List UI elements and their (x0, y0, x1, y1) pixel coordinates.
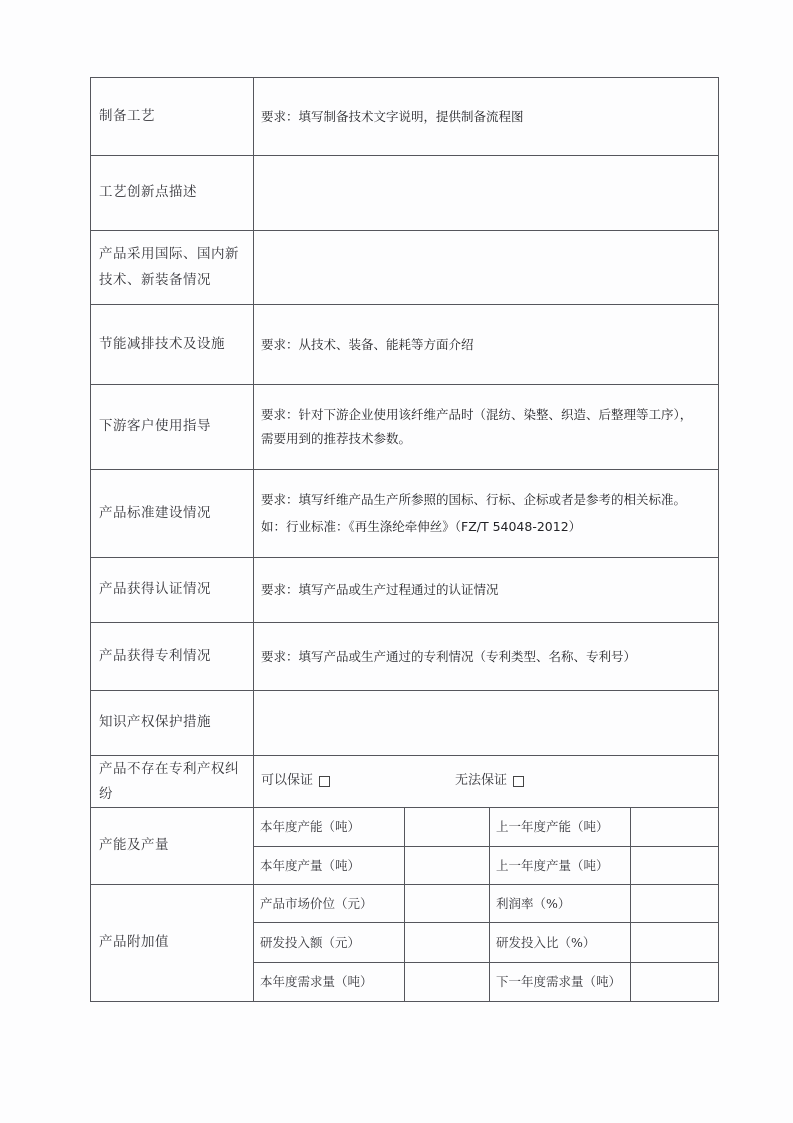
next-year-demand-label: 下一年度需求量（吨） (490, 963, 631, 1002)
requirement-text: 要求：填写纤维产品生产所参照的国标、行标、企标或者是参考的相关标准。 (261, 487, 714, 513)
process-innovation-field[interactable] (254, 156, 719, 231)
row-standards: 产品标准建设情况 要求：填写纤维产品生产所参照的国标、行标、企标或者是参考的相关… (91, 470, 719, 558)
rd-ratio-input[interactable] (631, 923, 719, 963)
product-info-form: 制备工艺 要求：填写制备技术文字说明，提供制备流程图 工艺创新点描述 产品采用国… (90, 77, 719, 1002)
previous-year-output-label: 上一年度产量（吨） (490, 847, 631, 885)
row-label: 产品不存在专利产权纠纷 (91, 756, 254, 808)
profit-rate-input[interactable] (631, 885, 719, 923)
patents-field[interactable]: 要求：填写产品或生产通过的专利情况（专利类型、名称、专利号） (254, 623, 719, 691)
requirement-text: 要求：填写制备技术文字说明，提供制备流程图 (261, 105, 714, 129)
rd-investment-input[interactable] (405, 923, 490, 963)
row-energy-saving: 节能减排技术及设施 要求：从技术、装备、能耗等方面介绍 (91, 305, 719, 385)
checkbox-cannot-guarantee[interactable] (513, 776, 524, 787)
row-new-technology: 产品采用国际、国内新技术、新装备情况 (91, 231, 719, 305)
row-ip-protection: 知识产权保护措施 (91, 691, 719, 756)
downstream-guidance-field[interactable]: 要求：针对下游企业使用该纤维产品时（混纺、染整、织造、后整理等工序）， 需要用到… (254, 385, 719, 470)
previous-year-output-input[interactable] (631, 847, 719, 885)
rd-ratio-label: 研发投入比（%） (490, 923, 631, 963)
row-label: 产品采用国际、国内新技术、新装备情况 (91, 231, 254, 305)
option-cannot-guarantee[interactable]: 无法保证 (455, 769, 524, 794)
requirement-text: 要求：针对下游企业使用该纤维产品时（混纺、染整、织造、后整理等工序）， (261, 403, 714, 427)
new-technology-field[interactable] (254, 231, 719, 305)
requirement-text: 要求：填写产品或生产过程通过的认证情况 (261, 578, 714, 602)
row-label: 工艺创新点描述 (91, 156, 254, 231)
row-capacity-1: 产能及产量 本年度产能（吨） 上一年度产能（吨） (91, 808, 719, 847)
row-label: 产品获得认证情况 (91, 558, 254, 623)
requirement-text: 需要用到的推荐技术参数。 (261, 427, 714, 451)
current-year-output-label: 本年度产量（吨） (254, 847, 405, 885)
option-can-guarantee[interactable]: 可以保证 (261, 769, 455, 794)
row-label: 节能减排技术及设施 (91, 305, 254, 385)
standards-field[interactable]: 要求：填写纤维产品生产所参照的国标、行标、企标或者是参考的相关标准。 如：行业标… (254, 470, 719, 558)
checkbox-can-guarantee[interactable] (319, 776, 330, 787)
patent-dispute-options: 可以保证 无法保证 (254, 756, 719, 808)
current-year-capacity-label: 本年度产能（吨） (254, 808, 405, 847)
current-year-demand-label: 本年度需求量（吨） (254, 963, 405, 1002)
current-year-demand-input[interactable] (405, 963, 490, 1002)
profit-rate-label: 利润率（%） (490, 885, 631, 923)
option-label: 无法保证 (455, 769, 507, 794)
option-label: 可以保证 (261, 769, 313, 794)
previous-year-capacity-input[interactable] (631, 808, 719, 847)
energy-saving-field[interactable]: 要求：从技术、装备、能耗等方面介绍 (254, 305, 719, 385)
document-page: 制备工艺 要求：填写制备技术文字说明，提供制备流程图 工艺创新点描述 产品采用国… (0, 0, 793, 1123)
row-downstream-guidance: 下游客户使用指导 要求：针对下游企业使用该纤维产品时（混纺、染整、织造、后整理等… (91, 385, 719, 470)
row-label: 知识产权保护措施 (91, 691, 254, 756)
rd-investment-label: 研发投入额（元） (254, 923, 405, 963)
row-preparation-process: 制备工艺 要求：填写制备技术文字说明，提供制备流程图 (91, 78, 719, 156)
row-label: 下游客户使用指导 (91, 385, 254, 470)
row-label: 产品获得专利情况 (91, 623, 254, 691)
row-label: 制备工艺 (91, 78, 254, 156)
ip-protection-field[interactable] (254, 691, 719, 756)
market-price-input[interactable] (405, 885, 490, 923)
certification-field[interactable]: 要求：填写产品或生产过程通过的认证情况 (254, 558, 719, 623)
current-year-capacity-input[interactable] (405, 808, 490, 847)
preparation-process-field[interactable]: 要求：填写制备技术文字说明，提供制备流程图 (254, 78, 719, 156)
example-text: 如：行业标准：《再生涤纶牵伸丝》（FZ/T 54048-2012） (261, 514, 714, 540)
previous-year-capacity-label: 上一年度产能（吨） (490, 808, 631, 847)
row-process-innovation: 工艺创新点描述 (91, 156, 719, 231)
added-value-label: 产品附加值 (91, 885, 254, 1002)
requirement-text: 要求：填写产品或生产通过的专利情况（专利类型、名称、专利号） (261, 645, 714, 669)
row-label: 产品标准建设情况 (91, 470, 254, 558)
market-price-label: 产品市场价位（元） (254, 885, 405, 923)
next-year-demand-input[interactable] (631, 963, 719, 1002)
row-patent-dispute: 产品不存在专利产权纠纷 可以保证 无法保证 (91, 756, 719, 808)
capacity-label: 产能及产量 (91, 808, 254, 885)
current-year-output-input[interactable] (405, 847, 490, 885)
requirement-text: 要求：从技术、装备、能耗等方面介绍 (261, 333, 714, 357)
row-added-value-1: 产品附加值 产品市场价位（元） 利润率（%） (91, 885, 719, 923)
row-patents: 产品获得专利情况 要求：填写产品或生产通过的专利情况（专利类型、名称、专利号） (91, 623, 719, 691)
row-certification: 产品获得认证情况 要求：填写产品或生产过程通过的认证情况 (91, 558, 719, 623)
